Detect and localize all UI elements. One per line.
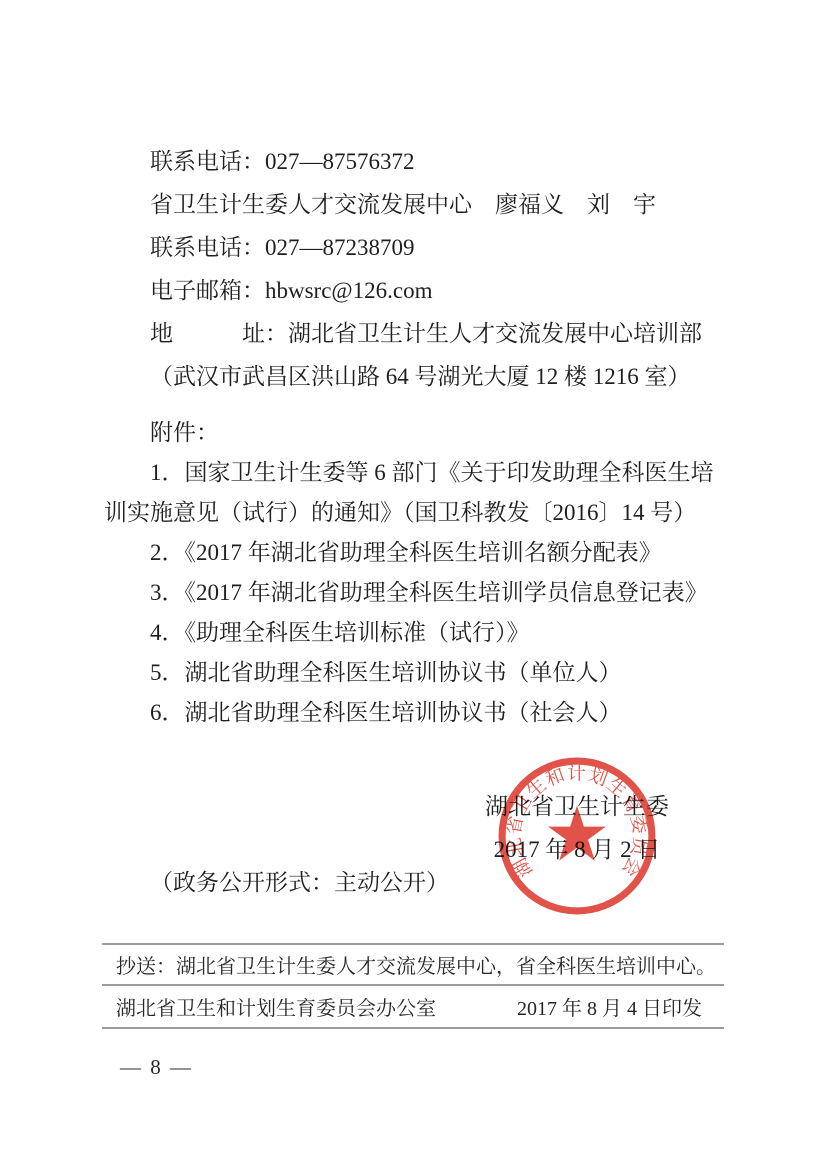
footer-print-date: 2017 年 8 月 4 日印发	[517, 992, 702, 1021]
attachment-item-5: 5．湖北省助理全科医生培训协议书（单位人）	[104, 653, 726, 693]
contact-block: 联系电话：027—87576372 省卫生计生委人才交流发展中心 廖福义 刘 宇…	[104, 140, 726, 398]
page-number: — 8 —	[120, 1055, 193, 1080]
seal-star-icon	[548, 806, 606, 861]
contact-address-detail: （武汉市武昌区洪山路 64 号湖光大厦 12 楼 1216 室）	[104, 355, 726, 398]
contact-phone-2: 联系电话：027—87238709	[104, 226, 726, 269]
document-page: 联系电话：027—87576372 省卫生计生委人才交流发展中心 廖福义 刘 宇…	[0, 0, 826, 1169]
attachments-block: 附件： 1．国家卫生计生委等 6 部门《关于印发助理全科医生培训实施意见（试行）…	[104, 413, 726, 733]
contact-email: 电子邮箱：hbwsrc@126.com	[104, 269, 726, 312]
contact-phone-1: 联系电话：027—87576372	[104, 140, 726, 183]
footer-cc-text: 抄送：湖北省卫生计生委人才交流发展中心，省全科医生培训中心。	[116, 950, 716, 979]
footer-cc-row: 抄送：湖北省卫生计生委人才交流发展中心，省全科医生培训中心。	[102, 943, 724, 986]
contact-center-names: 省卫生计生委人才交流发展中心 廖福义 刘 宇	[104, 183, 726, 226]
attachment-item-1: 1．国家卫生计生委等 6 部门《关于印发助理全科医生培训实施意见（试行）的通知》…	[104, 453, 726, 533]
footer-issue-row: 湖北省卫生和计划生育委员会办公室 2017 年 8 月 4 日印发	[102, 986, 724, 1029]
footer-issuing-office: 湖北省卫生和计划生育委员会办公室	[116, 992, 436, 1021]
contact-address: 地 址：湖北省卫生计生人才交流发展中心培训部	[104, 312, 726, 355]
attachment-item-6: 6．湖北省助理全科医生培训协议书（社会人）	[104, 693, 726, 733]
attachment-item-2: 2．《2017 年湖北省助理全科医生培训名额分配表》	[104, 533, 726, 573]
official-seal: 湖北省卫生和计划生育委员会	[494, 753, 660, 919]
document-footer: 抄送：湖北省卫生计生委人才交流发展中心，省全科医生培训中心。 湖北省卫生和计划生…	[102, 943, 724, 1029]
attachment-item-4: 4．《助理全科医生培训标准（试行）》	[104, 613, 726, 653]
attachment-item-3: 3．《2017 年湖北省助理全科医生培训学员信息登记表》	[104, 573, 726, 613]
publicity-note: （政务公开形式：主动公开）	[150, 864, 449, 897]
attachments-heading: 附件：	[104, 413, 726, 453]
